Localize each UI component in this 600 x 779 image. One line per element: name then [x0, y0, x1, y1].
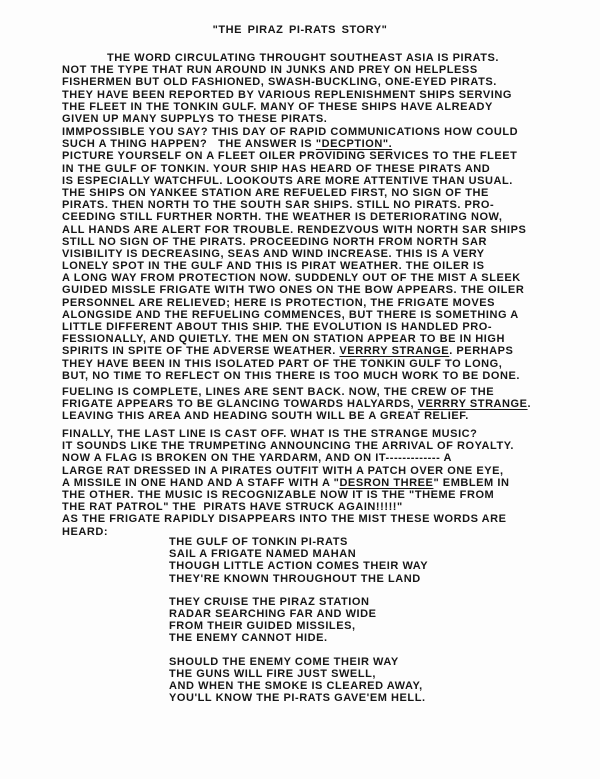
text-line: PERSONNEL ARE RELIEVED; HERE IS PROTECTI… — [62, 297, 582, 309]
paragraph-intro: THE WORD CIRCULATING THROUGHT SOUTHEAST … — [62, 52, 582, 125]
text-line: GIVEN UP MANY SUPPLYS TO THESE PIRATS. — [62, 113, 582, 125]
stanza-3: SHOULD THE ENEMY COME THEIR WAY THE GUNS… — [169, 656, 428, 705]
document-page: "THE PIRAZ PI-RATS STORY" THE WORD CIRCU… — [0, 0, 600, 779]
verse-line: SHOULD THE ENEMY COME THEIR WAY — [169, 656, 428, 668]
text-line: PICTURE YOURSELF ON A FLEET OILER PROVID… — [62, 150, 582, 162]
text-line: NOT THE TYPE THAT RUN AROUND IN JUNKS AN… — [62, 64, 582, 76]
text-line: THEY HAVE BEEN IN THIS ISOLATED PART OF … — [62, 358, 582, 370]
verse-line: THOUGH LITTLE ACTION COMES THEIR WAY — [169, 560, 428, 572]
text-span: FRIGATE APPEARS TO BE GLANCING TOWARDS H… — [62, 398, 418, 410]
verse-line: YOU'LL KNOW THE PI-RATS GAVE'EM HELL. — [169, 692, 428, 704]
text-line: VISIBILITY IS DECREASING, SEAS AND WIND … — [62, 248, 582, 260]
verrry-strange-1: VERRRY STRANGE — [339, 345, 449, 357]
text-line: FRIGATE APPEARS TO BE GLANCING TOWARDS H… — [62, 398, 582, 410]
verse-line: THEY CRUISE THE PIRAZ STATION — [169, 596, 428, 608]
verse-line: THEY'RE KNOWN THROUGHOUT THE LAND — [169, 573, 428, 585]
verse-line: AND WHEN THE SMOKE IS CLEARED AWAY, — [169, 680, 428, 692]
paragraph-finally: FINALLY, THE LAST LINE IS CAST OFF. WHAT… — [62, 428, 582, 538]
text-span: A MISSILE IN ONE HAND AND A STAFF WITH A… — [62, 477, 339, 489]
text-span: " EMBLEM IN — [433, 477, 509, 489]
text-line: THE SHIPS ON YANKEE STATION ARE REFUELED… — [62, 187, 582, 199]
song-verse: THE GULF OF TONKIN PI-RATS SAIL A FRIGAT… — [169, 536, 428, 715]
verse-line: THE GULF OF TONKIN PI-RATS — [169, 536, 428, 548]
text-line: LARGE RAT DRESSED IN A PIRATES OUTFIT WI… — [62, 465, 582, 477]
text-line: GUIDED MISSLE FRIGATE WITH TWO ONES ON T… — [62, 284, 582, 296]
text-line: LONELY SPOT IN THE GULF AND THIS IS PIRA… — [62, 260, 582, 272]
answer-deception: "DECPTION". — [316, 138, 392, 150]
text-line: A MISSILE IN ONE HAND AND A STAFF WITH A… — [62, 477, 582, 489]
verrry-strange-2: VERRRY STRANGE — [418, 398, 528, 410]
verse-line: SAIL A FRIGATE NAMED MAHAN — [169, 548, 428, 560]
document-title: "THE PIRAZ PI-RATS STORY" — [0, 24, 600, 36]
text-line: NOW A FLAG IS BROKEN ON THE YARDARM, AND… — [62, 452, 582, 464]
text-line: FISHERMEN BUT OLD FASHIONED, SWASH-BUCKL… — [62, 76, 582, 88]
text-span: . — [528, 398, 532, 410]
verse-line: THE GUNS WILL FIRE JUST SWELL, — [169, 668, 428, 680]
text-line: THE FLEET IN THE TONKIN GULF. MANY OF TH… — [62, 101, 582, 113]
paragraph-deception: IMMPOSSIBLE YOU SAY? THIS DAY OF RAPID C… — [62, 126, 582, 382]
desron-three: DESRON THREE — [339, 477, 433, 489]
paragraph-fueling: FUELING IS COMPLETE, LINES ARE SENT BACK… — [62, 386, 582, 423]
text-line: PIRATS. THEN NORTH TO THE SOUTH SAR SHIP… — [62, 199, 582, 211]
text-line: STILL NO SIGN OF THE PIRATS. PROCEEDING … — [62, 236, 582, 248]
text-line: FINALLY, THE LAST LINE IS CAST OFF. WHAT… — [62, 428, 582, 440]
text-line: THE RAT PATROL" THE PIRATS HAVE STRUCK A… — [62, 501, 582, 513]
text-line: SUCH A THING HAPPEN? THE ANSWER IS "DECP… — [62, 138, 582, 150]
text-line: THEY HAVE BEEN REPORTED BY VARIOUS REPLE… — [62, 89, 582, 101]
text-line: IN THE GULF OF TONKIN. YOUR SHIP HAS HEA… — [62, 163, 582, 175]
text-line: THE WORD CIRCULATING THROUGHT SOUTHEAST … — [62, 52, 582, 64]
text-line: A LONG WAY FROM PROTECTION NOW. SUDDENLY… — [62, 272, 582, 284]
text-line: SPIRITS IN SPITE OF THE ADVERSE WEATHER.… — [62, 345, 582, 357]
text-line: LEAVING THIS AREA AND HEADING SOUTH WILL… — [62, 410, 582, 422]
text-span: . PERHAPS — [449, 345, 513, 357]
text-line: ALONGSIDE AND THE REFUELING COMMENCES, B… — [62, 309, 582, 321]
text-line: BUT, NO TIME TO REFLECT ON THIS THERE IS… — [62, 370, 582, 382]
text-line: FESSIONALLY, AND QUIETLY. THE MEN ON STA… — [62, 333, 582, 345]
text-line: ALL HANDS ARE ALERT FOR TROUBLE. RENDEZV… — [62, 224, 582, 236]
text-line: IS ESPECIALLY WATCHFUL. LOOKOUTS ARE MOR… — [62, 175, 582, 187]
text-line: LITTLE DIFFERENT ABOUT THIS SHIP. THE EV… — [62, 321, 582, 333]
stanza-1: THE GULF OF TONKIN PI-RATS SAIL A FRIGAT… — [169, 536, 428, 585]
verse-line: RADAR SEARCHING FAR AND WIDE — [169, 608, 428, 620]
text-span: SPIRITS IN SPITE OF THE ADVERSE WEATHER. — [62, 345, 339, 357]
verse-line: THE ENEMY CANNOT HIDE. — [169, 632, 428, 644]
text-line: AS THE FRIGATE RAPIDLY DISAPPEARS INTO T… — [62, 513, 582, 525]
text-line: CEEDING STILL FURTHER NORTH. THE WEATHER… — [62, 211, 582, 223]
stanza-2: THEY CRUISE THE PIRAZ STATION RADAR SEAR… — [169, 596, 428, 645]
verse-line: FROM THEIR GUIDED MISSILES, — [169, 620, 428, 632]
text-span: SUCH A THING HAPPEN? THE ANSWER IS — [62, 138, 316, 150]
text-line: THE OTHER. THE MUSIC IS RECOGNIZABLE NOW… — [62, 489, 582, 501]
text-line: FUELING IS COMPLETE, LINES ARE SENT BACK… — [62, 386, 582, 398]
text-line: IT SOUNDS LIKE THE TRUMPETING ANNOUNCING… — [62, 440, 582, 452]
text-line: IMMPOSSIBLE YOU SAY? THIS DAY OF RAPID C… — [62, 126, 582, 138]
